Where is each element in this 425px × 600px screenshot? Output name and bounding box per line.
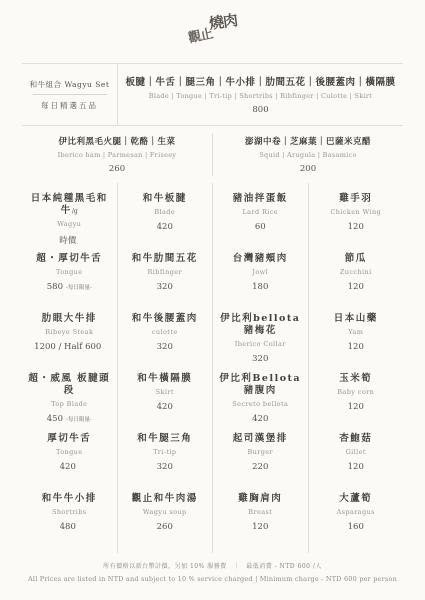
wagyu-set-items-cjk: 板腱｜牛舌｜腿三角｜牛小排｜肋間五花｜後腰蓋肉｜橫隔膜 — [125, 74, 395, 88]
menu-grid: 日本純種黑毛和牛/g Wagyu 時價 超・厚切牛舌 Tongue 580-每日… — [22, 183, 403, 553]
menu-item: 和牛牛小排 Shortribs 480 — [22, 493, 117, 553]
item-name-cjk: 和牛橫隔膜 — [135, 373, 194, 385]
menu-item: 杏鮑菇 Gillet 120 — [309, 433, 404, 493]
menu-item: 節瓜 Zucchini 120 — [309, 253, 404, 313]
item-name-cjk: 日本純種黑毛和牛/g — [22, 193, 117, 217]
wagyu-set-contents: 板腱｜牛舌｜腿三角｜牛小排｜肋間五花｜後腰蓋肉｜橫隔膜 Blade | Tong… — [118, 64, 403, 125]
item-name-cjk: 和牛腿三角 — [135, 433, 194, 445]
item-name-en: Jowl — [252, 268, 268, 276]
appetizer-item: 澎湖中卷｜芝麻葉｜巴薩米克醋 Squid | Arugula | Basamic… — [213, 126, 403, 183]
menu-item: 玉米筍 Baby corn 120 — [309, 373, 404, 433]
item-name-en: Shortribs — [52, 508, 87, 516]
item-name-cjk: 玉米筍 — [337, 373, 374, 385]
item-name-cjk: 和牛肋間五花 — [130, 253, 200, 265]
logo-text-bottom: 觀止 — [186, 22, 213, 46]
item-note: -每日限量- — [66, 417, 92, 423]
item-price: 120 — [348, 282, 364, 292]
item-name-cjk: 伊比利bellota豬梅花 — [213, 313, 308, 337]
item-name-cjk: 厚切牛舌 — [45, 433, 93, 445]
appetizer-name-cjk: 伊比利黑毛火腿｜乾酪｜生菜 — [58, 135, 175, 147]
item-name-cjk: 大蘆筍 — [337, 493, 374, 505]
item-name-en: Gillet — [346, 448, 366, 456]
item-name-cjk: 觀止和牛肉湯 — [130, 493, 200, 505]
menu-column-chicken-veg: 雞手羽 Chicken Wing 120 節瓜 Zucchini 120 日本山… — [308, 183, 404, 553]
item-name-cjk: 杏鮑菇 — [337, 433, 374, 445]
wagyu-set-items-en: Blade | Tongue | Tri-tip | Shortribs | R… — [149, 92, 372, 100]
item-name-en: Skirt — [156, 388, 174, 396]
menu-item: 大蘆筍 Asparagus 160 — [309, 493, 404, 553]
item-price: 120 — [348, 402, 364, 412]
item-price: 320 — [157, 282, 173, 292]
item-name-cjk: 起司漢堡排 — [231, 433, 290, 445]
item-price: 220 — [252, 462, 268, 472]
menu-item: 雞胸肩肉 Breast 120 — [213, 493, 308, 553]
item-name-cjk: 和牛板腱 — [141, 193, 189, 205]
item-name-cjk: 雞胸肩肉 — [236, 493, 284, 505]
appetizer-section: 伊比利黑毛火腿｜乾酪｜生菜 Iberico ham | Parmesan | F… — [22, 126, 403, 183]
item-price: 120 — [348, 462, 364, 472]
item-name-en: Asparagus — [337, 508, 375, 516]
item-name-en: Lard Rice — [242, 208, 278, 216]
item-price: 450-每日限量- — [47, 414, 92, 424]
menu-column-wagyu-cuts: 和牛板腱 Blade 420 和牛肋間五花 Ribfinger 320 和牛後腰… — [117, 183, 213, 553]
item-note: -每日限量- — [66, 285, 92, 291]
menu-item: 肋眼大牛排 Ribeye Steak 1200 / Half 600 — [22, 313, 117, 373]
wagyu-set-price: 800 — [252, 105, 268, 115]
item-name-en: Tongue — [56, 448, 83, 456]
menu-column-pork-others: 豬油拌蛋飯 Lard Rice 60 台灣豬頰肉 Jowl 180 伊比利bel… — [212, 183, 308, 553]
menu-item: 超・厚切牛舌 Tongue 580-每日限量- — [22, 253, 117, 313]
item-name-suffix: /g — [72, 208, 78, 215]
item-name-en: Wagyu — [57, 220, 81, 228]
item-price: 60 — [255, 222, 266, 232]
item-name-cjk: 超・威風 板腱頭段 — [22, 373, 117, 397]
item-price: 120 — [252, 522, 268, 532]
wagyu-set-title: 和牛組合 Wagyu Set — [30, 79, 110, 94]
item-price: 420 — [157, 402, 173, 412]
item-price: 160 — [348, 522, 364, 532]
item-name-cjk: 台灣豬頰肉 — [231, 253, 290, 265]
wagyu-set-subtitle: 每日精選五品 — [41, 100, 98, 111]
menu-item: 豬油拌蛋飯 Lard Rice 60 — [213, 193, 308, 253]
item-price: 420 — [252, 414, 268, 424]
item-name-cjk: 肋眼大牛排 — [40, 313, 99, 325]
menu-item: 雞手羽 Chicken Wing 120 — [309, 193, 404, 253]
menu-page: 燒肉 觀止 和牛組合 Wagyu Set 每日精選五品 板腱｜牛舌｜腿三角｜牛小… — [0, 0, 425, 600]
item-name-cjk: 超・厚切牛舌 — [34, 253, 104, 265]
logo-area: 燒肉 觀止 — [0, 0, 425, 63]
item-price: 120 — [348, 222, 364, 232]
item-name-en: Blade — [154, 208, 175, 216]
footer-note-en: All Prices are listed in NTD and subject… — [0, 575, 425, 583]
item-price: 320 — [252, 354, 268, 364]
menu-item: 伊比利Bellota豬腹肉 Secreto bellota 420 — [213, 373, 308, 433]
item-price: 1200 / Half 600 — [34, 342, 104, 352]
menu-item: 和牛腿三角 Tri-tip 320 — [118, 433, 213, 493]
menu-item: 和牛後腰蓋肉 culotte 320 — [118, 313, 213, 373]
item-name-cjk: 日本山藥 — [332, 313, 380, 325]
item-name-en: Secreto bellota — [232, 400, 288, 408]
item-name-en: Ribfinger — [147, 268, 182, 276]
item-name-en: Burger — [247, 448, 273, 456]
footer-note-cjk: 所有價格以新台幣計價，另加 10% 服務費 ｜ 最低消費 - NTD 600 /… — [0, 561, 425, 570]
menu-column-beef-premium: 日本純種黑毛和牛/g Wagyu 時價 超・厚切牛舌 Tongue 580-每日… — [22, 183, 117, 553]
item-price: 120 — [348, 342, 364, 352]
item-name-en: Wagyu soup — [143, 508, 187, 516]
menu-item: 和牛橫隔膜 Skirt 420 — [118, 373, 213, 433]
item-name-cjk: 豬油拌蛋飯 — [231, 193, 290, 205]
wagyu-set-section: 和牛組合 Wagyu Set 每日精選五品 板腱｜牛舌｜腿三角｜牛小排｜肋間五花… — [22, 64, 403, 125]
menu-item: 超・威風 板腱頭段 Top Blade 450-每日限量- — [22, 373, 117, 433]
logo-text-top: 燒肉 — [208, 9, 239, 34]
menu-item: 厚切牛舌 Tongue 420 — [22, 433, 117, 493]
wagyu-set-header: 和牛組合 Wagyu Set 每日精選五品 — [22, 64, 118, 125]
appetizer-name-en: Squid | Arugula | Basamico — [259, 151, 356, 159]
item-price: 320 — [157, 342, 173, 352]
item-price: 420 — [157, 222, 173, 232]
item-price: 420 — [60, 462, 79, 472]
item-name-cjk: 伊比利Bellota豬腹肉 — [213, 373, 308, 397]
menu-item: 日本山藥 Yam 120 — [309, 313, 404, 373]
item-name-en: Iberico Collar — [235, 340, 286, 348]
item-name-en: Yam — [348, 328, 363, 336]
item-name-en: Top Blade — [51, 400, 87, 408]
menu-item: 觀止和牛肉湯 Wagyu soup 260 — [118, 493, 213, 553]
item-price: 時價 — [59, 234, 79, 246]
footer: 所有價格以新台幣計價，另加 10% 服務費 ｜ 最低消費 - NTD 600 /… — [0, 561, 425, 583]
item-name-en: Zucchini — [340, 268, 372, 276]
appetizer-name-en: Iberico ham | Parmesan | Friseey — [58, 151, 177, 159]
appetizer-item: 伊比利黑毛火腿｜乾酪｜生菜 Iberico ham | Parmesan | F… — [22, 126, 212, 183]
menu-item: 起司漢堡排 Burger 220 — [213, 433, 308, 493]
item-name-en: Tri-tip — [153, 448, 176, 456]
item-price: 180 — [252, 282, 268, 292]
item-name-en: Breast — [248, 508, 272, 516]
item-name-en: Ribeye Steak — [45, 328, 93, 336]
item-price: 260 — [157, 522, 173, 532]
item-name-en: Chicken Wing — [330, 208, 381, 216]
menu-item: 和牛肋間五花 Ribfinger 320 — [118, 253, 213, 313]
item-name-en: Baby corn — [337, 388, 374, 396]
menu-item: 伊比利bellota豬梅花 Iberico Collar 320 — [213, 313, 308, 373]
item-name-cjk: 雞手羽 — [337, 193, 374, 205]
item-price: 320 — [157, 462, 173, 472]
wagyu-set-title-divider — [33, 94, 107, 95]
item-price: 580-每日限量- — [47, 282, 92, 292]
menu-item: 台灣豬頰肉 Jowl 180 — [213, 253, 308, 313]
logo-calligraphy-icon: 燒肉 觀止 — [178, 8, 248, 60]
item-name-cjk: 節瓜 — [343, 253, 369, 265]
menu-item: 和牛板腱 Blade 420 — [118, 193, 213, 253]
item-price: 480 — [60, 522, 79, 532]
appetizer-name-cjk: 澎湖中卷｜芝麻葉｜巴薩米克醋 — [245, 135, 371, 147]
item-name-cjk: 和牛後腰蓋肉 — [130, 313, 200, 325]
item-name-cjk: 和牛牛小排 — [40, 493, 99, 505]
appetizer-price: 260 — [109, 164, 125, 174]
item-name-en: culotte — [152, 328, 178, 336]
appetizer-price: 200 — [300, 164, 316, 174]
item-name-en: Tongue — [56, 268, 83, 276]
menu-item: 日本純種黑毛和牛/g Wagyu 時價 — [22, 193, 117, 253]
